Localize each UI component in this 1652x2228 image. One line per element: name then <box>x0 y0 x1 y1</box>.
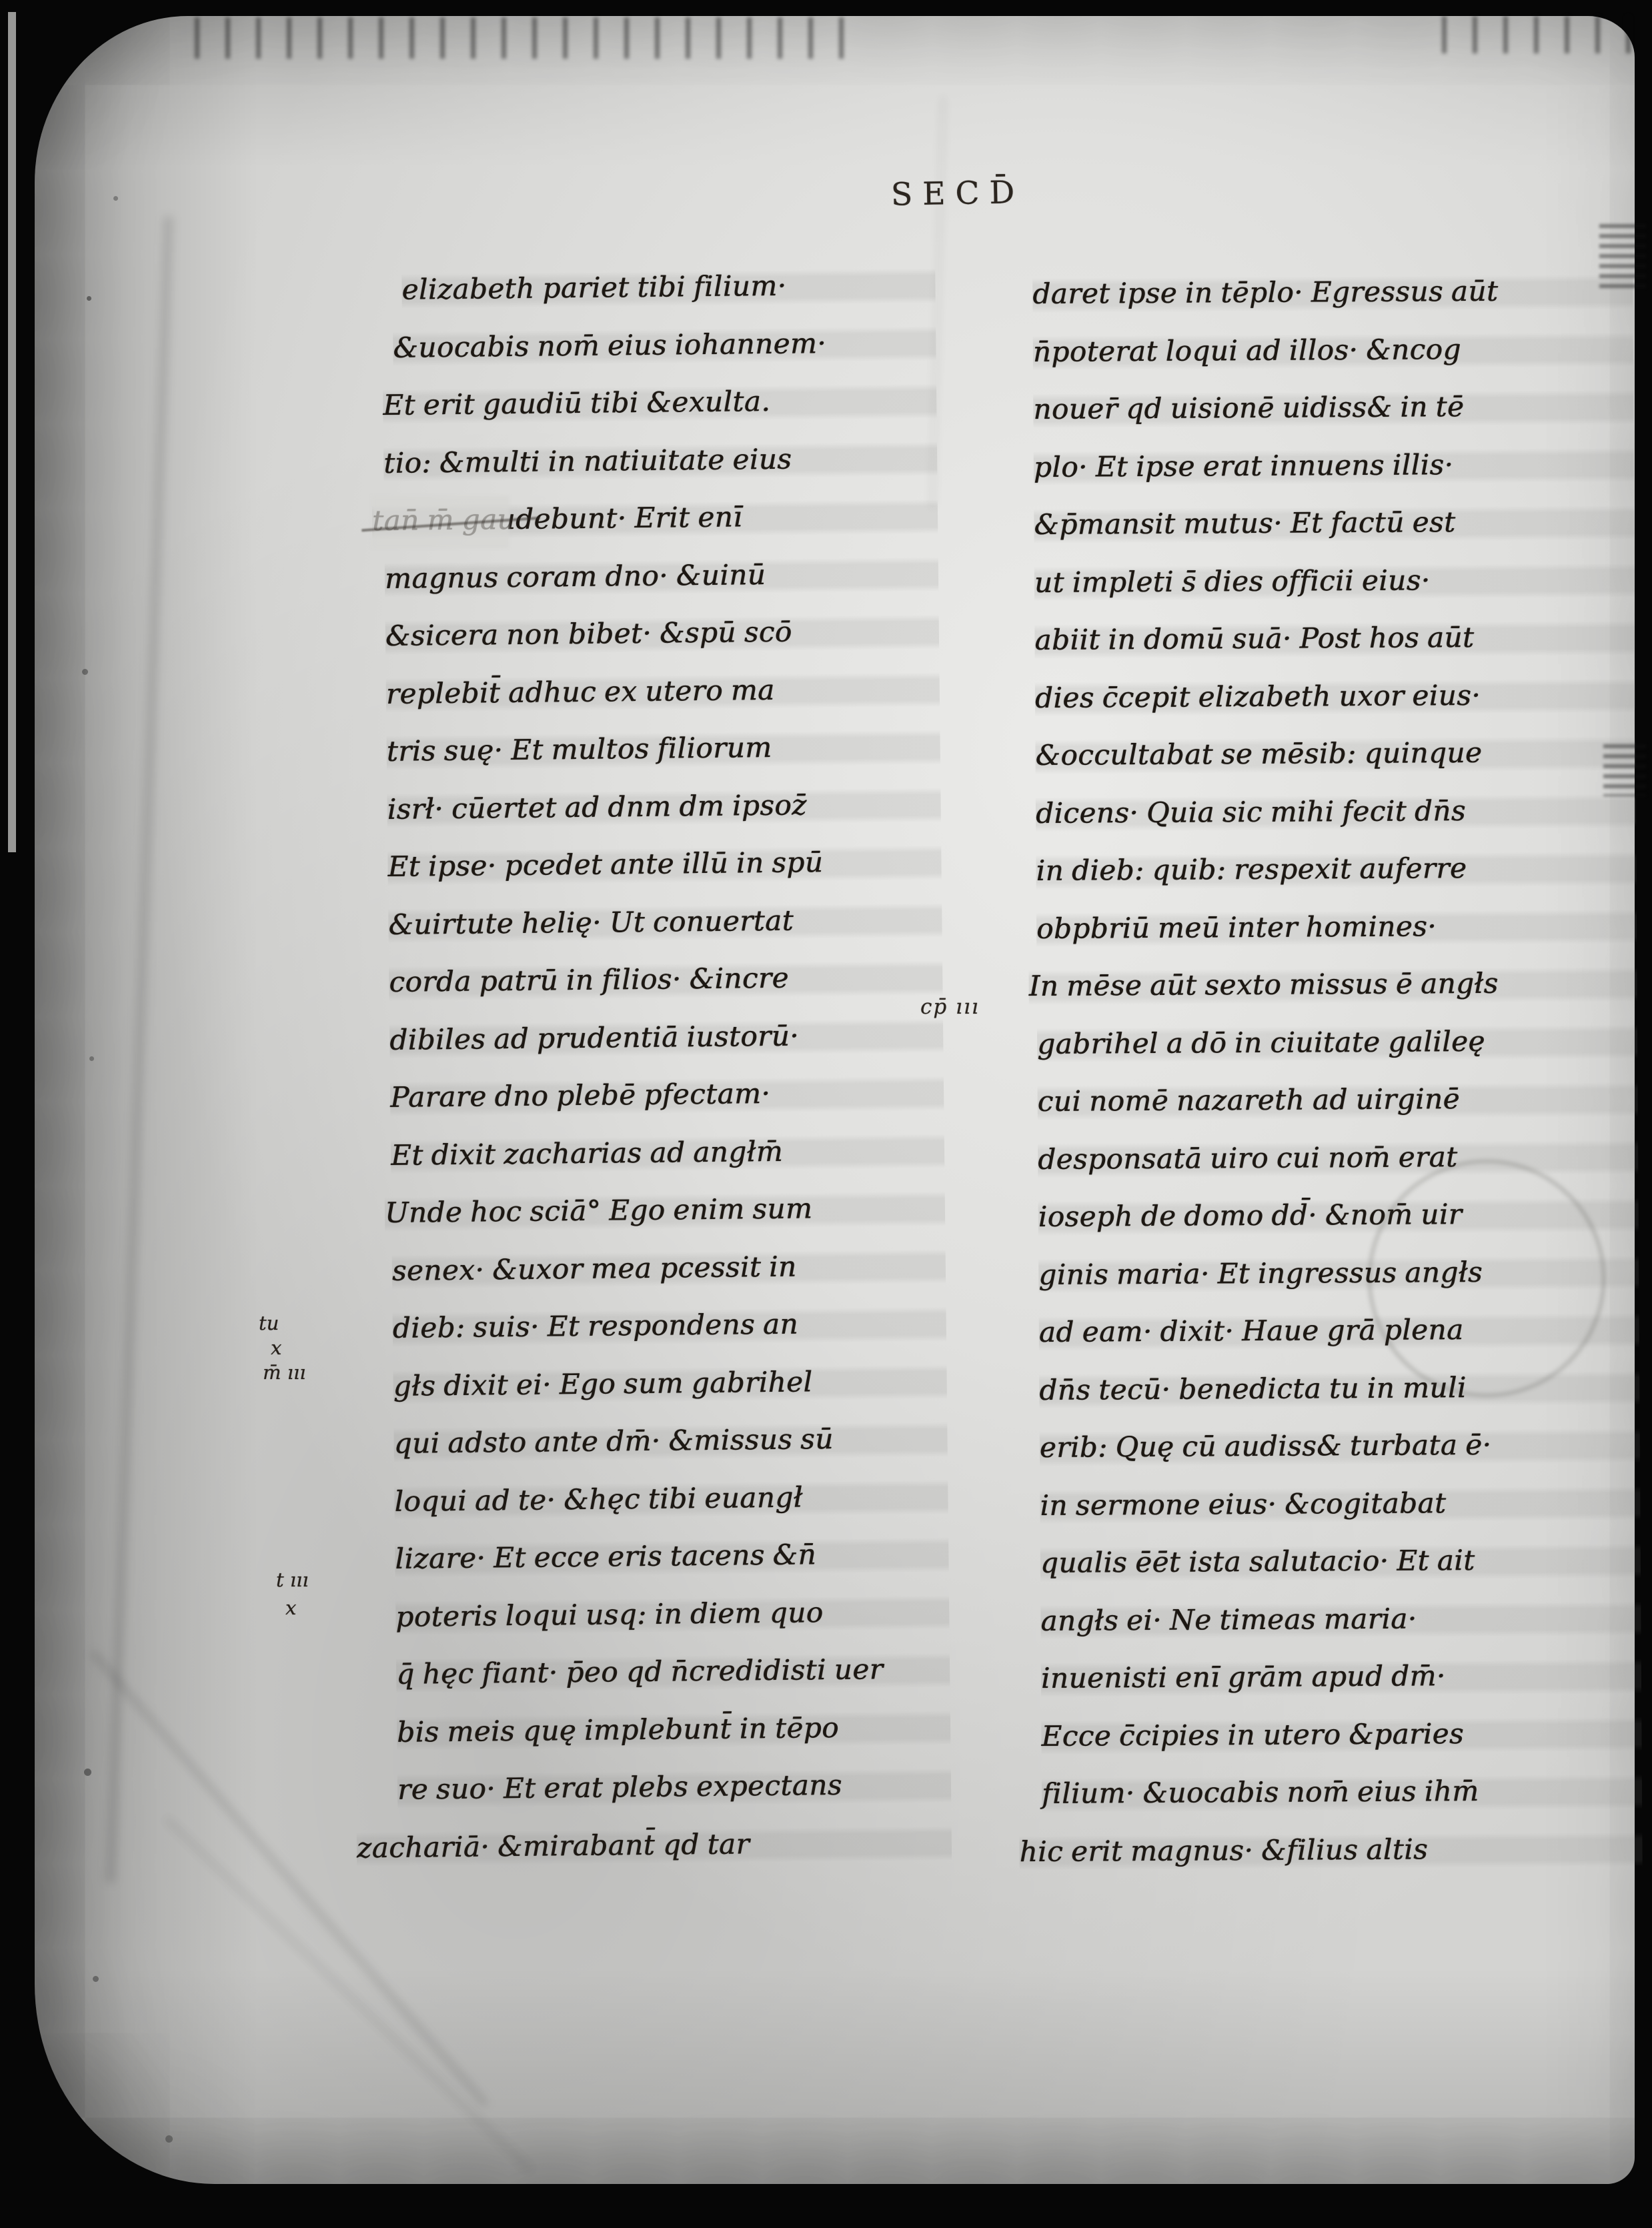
manuscript-line: tris suę· Et multos filiorum <box>386 717 940 780</box>
manuscript-photo: SECD̄ elizabeth pariet tibi filium·&uoca… <box>0 0 1652 2228</box>
manuscript-line: q̄ hęc fiant· p̄eo qd n̄credidisti uer <box>396 1640 950 1703</box>
manuscript-line: replebit̄ adhuc ex utero ma <box>385 660 940 723</box>
manuscript-line: Et erit gaudiū tibi &exulta. <box>383 371 937 434</box>
manuscript-line: cui nomē nazareth ad uirginē <box>1037 1069 1638 1130</box>
chapter-mark: cp̄ ııı <box>920 995 980 1019</box>
manuscript-line: tio: &multi in natiuitate eius <box>383 429 938 492</box>
manuscript-line: ut impleti s̄ dies officii eius· <box>1034 550 1635 612</box>
manuscript-line: hic erit magnus· &filius altis <box>1019 1819 1643 1881</box>
margin-note-line: x <box>285 1594 309 1622</box>
scan-edge-sliver <box>8 12 16 852</box>
manuscript-line: qui adsto ante dm̄· &missus sū <box>393 1409 948 1472</box>
manuscript-line: magnus coram dno· &uinū <box>385 544 939 608</box>
manuscript-line: &sicera non bibet· &spū scō <box>385 602 939 665</box>
margin-note-line: tu <box>259 1311 306 1336</box>
manuscript-line: daret ipse in tēplo· Egressus aūt <box>1032 262 1633 323</box>
manuscript-line: in sermone eius· &cogitabat <box>1040 1473 1641 1534</box>
ink-bleed-mark <box>1599 224 1646 289</box>
manuscript-line: Unde hoc sciā° Ego enim sum <box>384 1178 945 1242</box>
margin-note-upper: tuxm̄ ııı <box>259 1311 306 1385</box>
manuscript-line: senex· &uxor mea pcessit in <box>391 1236 946 1300</box>
margin-note-line: m̄ ııı <box>263 1360 306 1385</box>
manuscript-line: bis meis quę implebunt̄ in tēpo <box>397 1698 951 1761</box>
manuscript-line: dieb: suis· Et respondens an <box>392 1294 946 1357</box>
manuscript-line: &p̄mansit mutus· Et factū est <box>1034 492 1635 553</box>
manuscript-line: Parare dno plebē pfectam· <box>390 1063 944 1126</box>
text-column-right: daret ipse in tēplo· Egressus aūtn̄poter… <box>1032 262 1643 1881</box>
manuscript-line: obpbriū meū inter homines· <box>1036 896 1637 958</box>
running-title: SECD̄ <box>891 173 1092 213</box>
manuscript-line: In mēse aūt sexto missus ē angłs <box>1028 954 1637 1015</box>
manuscript-line: gabrihel a dō in ciuitate galileę <box>1037 1012 1638 1073</box>
manuscript-line: elizabeth pariet tibi filium· <box>401 255 936 319</box>
manuscript-line: inuenisti enī grām apud dm̄· <box>1041 1646 1642 1707</box>
manuscript-line: Et ipse· pcedet ante illū in spū <box>387 832 942 896</box>
binding-ticks <box>1442 16 1652 53</box>
margin-note-line: t ııı <box>276 1566 309 1594</box>
manuscript-line: Et dixit zacharias ad angłm̄ <box>391 1121 945 1184</box>
manuscript-line: &uirtute helię· Ut conuertat <box>388 890 942 954</box>
manuscript-line: lizare· Et ecce eris tacens &n̄ <box>395 1524 949 1588</box>
ring-stain <box>1367 1159 1606 1398</box>
binding-ticks <box>195 17 848 59</box>
manuscript-line: &occultabat se mēsib: quinque <box>1035 723 1636 784</box>
manuscript-line: n̄poterat loqui ad illos· &ncog <box>1033 319 1634 381</box>
margin-note-lower: t ıııx <box>276 1566 309 1622</box>
manuscript-line: abiit in domū suā· Post hos aūt <box>1034 608 1635 669</box>
ink-speck <box>87 296 91 301</box>
manuscript-line: głs dixit ei· Ego sum gabrihel <box>393 1352 947 1415</box>
manuscript-line: zachariā· &mirabant̄ qd tar <box>356 1813 952 1877</box>
manuscript-line: dicens· Quia sic mihi fecit dn̄s <box>1036 781 1637 842</box>
manuscript-line: isrł· cūertet ad dnm dm ipsoz̄ <box>387 775 941 838</box>
fold-crease <box>105 217 173 1883</box>
manuscript-line: corda patrū in filios· &incre <box>389 948 943 1011</box>
ink-bleed-mark <box>1603 744 1646 796</box>
manuscript-line: qualis ēēt ista salutacio· Et ait <box>1040 1530 1641 1592</box>
manuscript-line: re suo· Et erat plebs expectans <box>397 1755 952 1819</box>
manuscript-line: angłs ei· Ne timeas maria· <box>1040 1588 1641 1650</box>
manuscript-line: Ecce c̄cipies in utero &paries <box>1041 1704 1642 1765</box>
manuscript-line: plo· Et ipse erat innuens illis· <box>1034 435 1635 496</box>
margin-note-line: x <box>271 1336 306 1360</box>
manuscript-line: in dieb: quib: respexit auferre <box>1036 838 1637 900</box>
manuscript-line: nouer̄ qd uisionē uidiss& in tē <box>1033 377 1634 438</box>
manuscript-line: filium· &uocabis nom̄ eius ihm̄ <box>1042 1761 1643 1823</box>
manuscript-line: poteris loqui usq: in diem quo <box>395 1582 950 1646</box>
manuscript-line: dies c̄cepit elizabeth uxor eius· <box>1035 666 1636 727</box>
manuscript-line: dibiles ad prudentiā iustorū· <box>389 1006 944 1069</box>
manuscript-line: &uocabis nom̄ eius iohannem· <box>393 313 936 377</box>
manuscript-line: erib: Quę cū audiss& turbata ē· <box>1040 1415 1641 1476</box>
manuscript-line: loqui ad te· &hęc tibi euangł <box>394 1467 948 1530</box>
